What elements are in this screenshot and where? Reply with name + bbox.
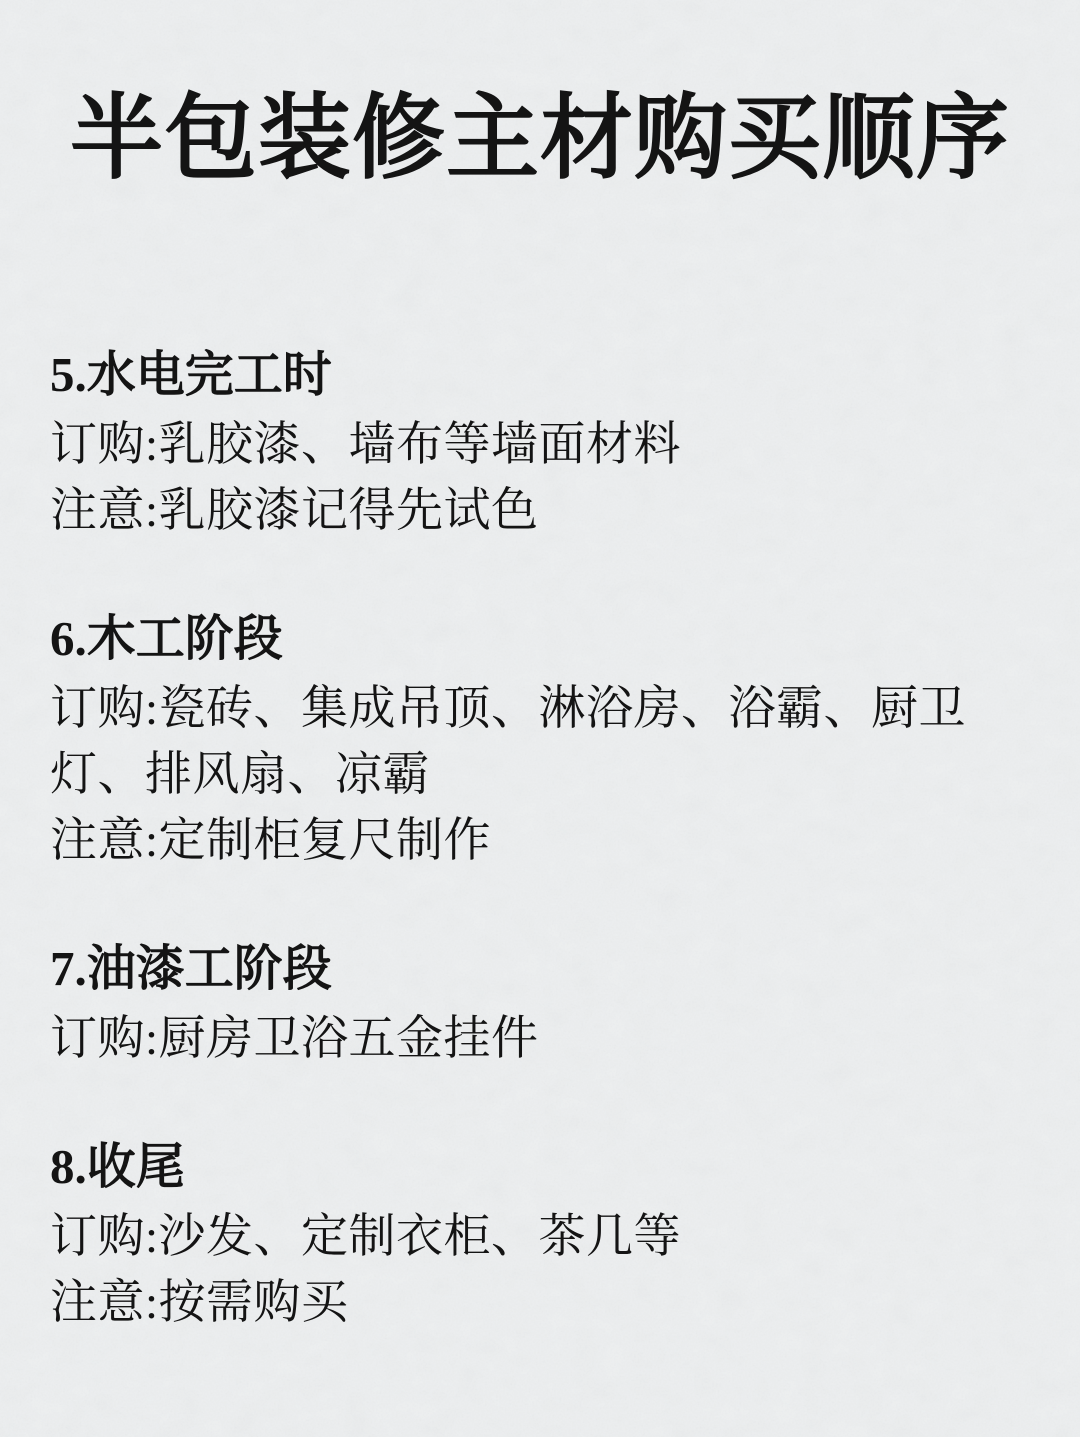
section-order-line: 订购:瓷砖、集成吊顶、淋浴房、浴霸、厨卫灯、排风扇、凉霸 [50,676,1030,808]
content-area: 半包装修主材购买顺序 5.水电完工时 订购:乳胶漆、墙布等墙面材料 注意:乳胶漆… [0,84,1080,1336]
section-order-line: 订购:乳胶漆、墙布等墙面材料 [50,412,1030,478]
section-order-line: 订购:厨房卫浴五金挂件 [50,1006,1030,1072]
section-heading: 6.木工阶段 [50,608,1030,670]
section-note-line: 注意:定制柜复尺制作 [50,808,1030,874]
section-heading: 5.水电完工时 [50,344,1030,406]
infographic-page: 半包装修主材购买顺序 5.水电完工时 订购:乳胶漆、墙布等墙面材料 注意:乳胶漆… [0,0,1080,1437]
page-title: 半包装修主材购买顺序 [50,84,1030,196]
section-note-line: 注意:乳胶漆记得先试色 [50,478,1030,544]
section-order-line: 订购:沙发、定制衣柜、茶几等 [50,1204,1030,1270]
section-painting-stage: 7.油漆工阶段 订购:厨房卫浴五金挂件 [50,938,1030,1072]
section-final-stage: 8.收尾 订购:沙发、定制衣柜、茶几等 注意:按需购买 [50,1136,1030,1336]
section-water-electric-complete: 5.水电完工时 订购:乳胶漆、墙布等墙面材料 注意:乳胶漆记得先试色 [50,344,1030,544]
section-note-line: 注意:按需购买 [50,1270,1030,1336]
section-heading: 8.收尾 [50,1136,1030,1198]
section-carpentry-stage: 6.木工阶段 订购:瓷砖、集成吊顶、淋浴房、浴霸、厨卫灯、排风扇、凉霸 注意:定… [50,608,1030,874]
section-heading: 7.油漆工阶段 [50,938,1030,1000]
